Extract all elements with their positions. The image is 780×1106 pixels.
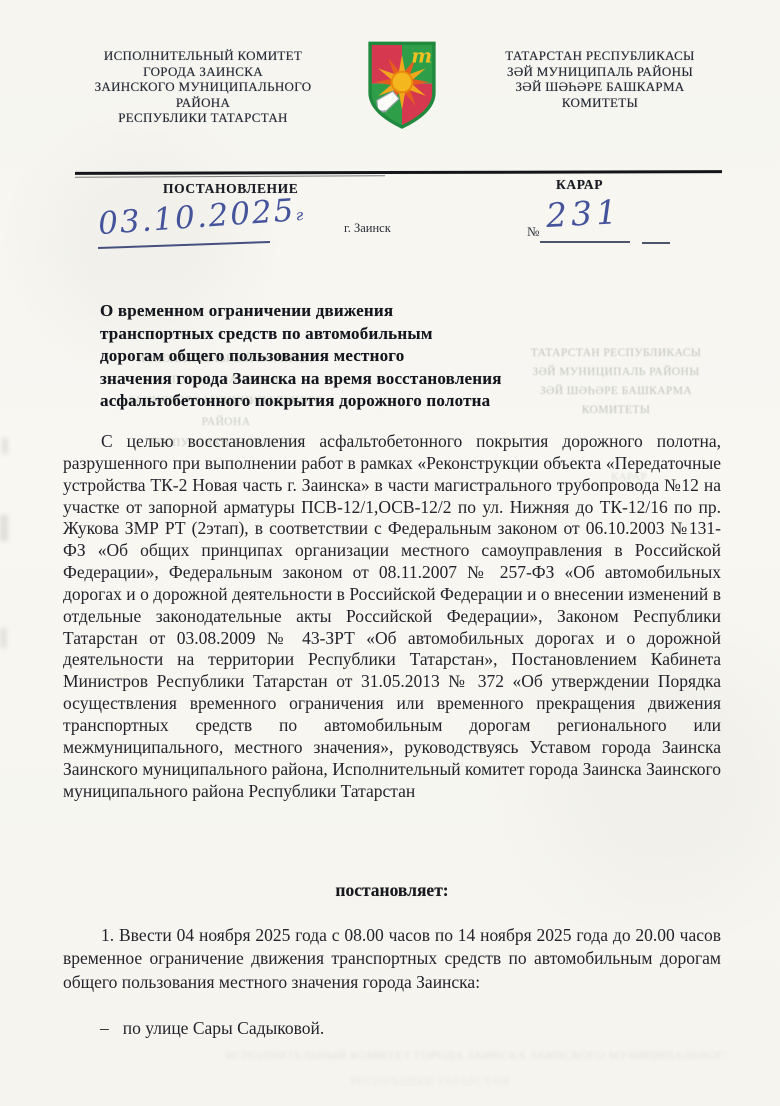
tamga-glyph: m bbox=[411, 43, 432, 67]
number-underline-short bbox=[642, 242, 670, 244]
street-list-item: –по улице Сары Садыковой. bbox=[100, 1018, 324, 1039]
handwritten-date: 03.10.2025г bbox=[97, 192, 304, 242]
letterhead-right-line: КОМИТЕТЫ bbox=[452, 95, 748, 111]
scan-artifact bbox=[0, 628, 7, 648]
letterhead-right-line: ЗӘЙ МУНИЦИПАЛЬ РАЙОНЫ bbox=[452, 64, 748, 80]
decree-title: О временном ограничении движения транспо… bbox=[100, 300, 675, 413]
title-line: транспортных средств по автомобильным bbox=[100, 323, 675, 346]
coat-of-arms-icon: m bbox=[364, 38, 440, 130]
place-label: г. Заинск bbox=[344, 221, 391, 236]
bleedthrough-bottom-1: ИСПОЛНИТЕЛЬНЫЙ КОМИТЕТ ГОРОДА ЗАИНСКА ЗА… bbox=[225, 1046, 725, 1065]
bleedthrough-bottom-2: РЕСПУБЛИКИ ТАТАРСТАН bbox=[280, 1072, 580, 1091]
scan-artifact bbox=[2, 438, 8, 454]
letterhead-left-line: ИСПОЛНИТЕЛЬНЫЙ КОМИТЕТ bbox=[58, 48, 348, 64]
header-divider-echo bbox=[75, 175, 385, 178]
number-underline bbox=[540, 241, 630, 243]
header-divider bbox=[75, 170, 722, 175]
scanned-decree-page: ИСПОЛНИТЕЛЬНЫЙ КОМИТЕТ ГОРОДА ЗАИНСКА ЗА… bbox=[0, 0, 780, 1106]
number-sign: № bbox=[527, 224, 539, 240]
handwritten-number: 231 bbox=[545, 192, 622, 235]
resolves-heading: постановляет: bbox=[63, 880, 721, 901]
street-name: по улице Сары Садыковой. bbox=[123, 1018, 325, 1038]
title-line: асфальтобетонного покрытия дорожного пол… bbox=[100, 390, 675, 413]
doc-type-tatar: КАРАР bbox=[556, 177, 603, 193]
resolution-item-1: 1. Ввести 04 ноября 2025 года с 08.00 ча… bbox=[63, 924, 721, 994]
letterhead-left-line: РАЙОНА bbox=[58, 95, 348, 111]
title-line: О временном ограничении движения bbox=[100, 300, 675, 323]
letterhead-right-org: ТАТАРСТАН РЕСПУБЛИКАСЫ ЗӘЙ МУНИЦИПАЛЬ РА… bbox=[452, 48, 748, 110]
scan-artifact bbox=[0, 515, 8, 541]
title-line: значения города Заинска на время восстан… bbox=[100, 368, 675, 391]
letterhead-left-line: РЕСПУБЛИКИ ТАТАРСТАН bbox=[58, 110, 348, 126]
letterhead-left-org: ИСПОЛНИТЕЛЬНЫЙ КОМИТЕТ ГОРОДА ЗАИНСКА ЗА… bbox=[58, 48, 348, 126]
letterhead-left-line: ГОРОДА ЗАИНСКА bbox=[58, 64, 348, 80]
letterhead-left-line: ЗАИНСКОГО МУНИЦИПАЛЬНОГО bbox=[58, 79, 348, 95]
date-suffix: г bbox=[295, 206, 304, 224]
date-underline bbox=[98, 241, 270, 249]
title-line: дорогам общего пользования местного bbox=[100, 345, 675, 368]
list-dash: – bbox=[100, 1018, 109, 1038]
sun-disc bbox=[392, 72, 413, 93]
letterhead-right-line: ЗӘЙ ШӘҺӘРЕ БАШКАРМА bbox=[452, 79, 748, 95]
letterhead-right-line: ТАТАРСТАН РЕСПУБЛИКАСЫ bbox=[452, 48, 748, 64]
preamble-paragraph: С целью восстановления асфальтобетонного… bbox=[63, 431, 721, 802]
